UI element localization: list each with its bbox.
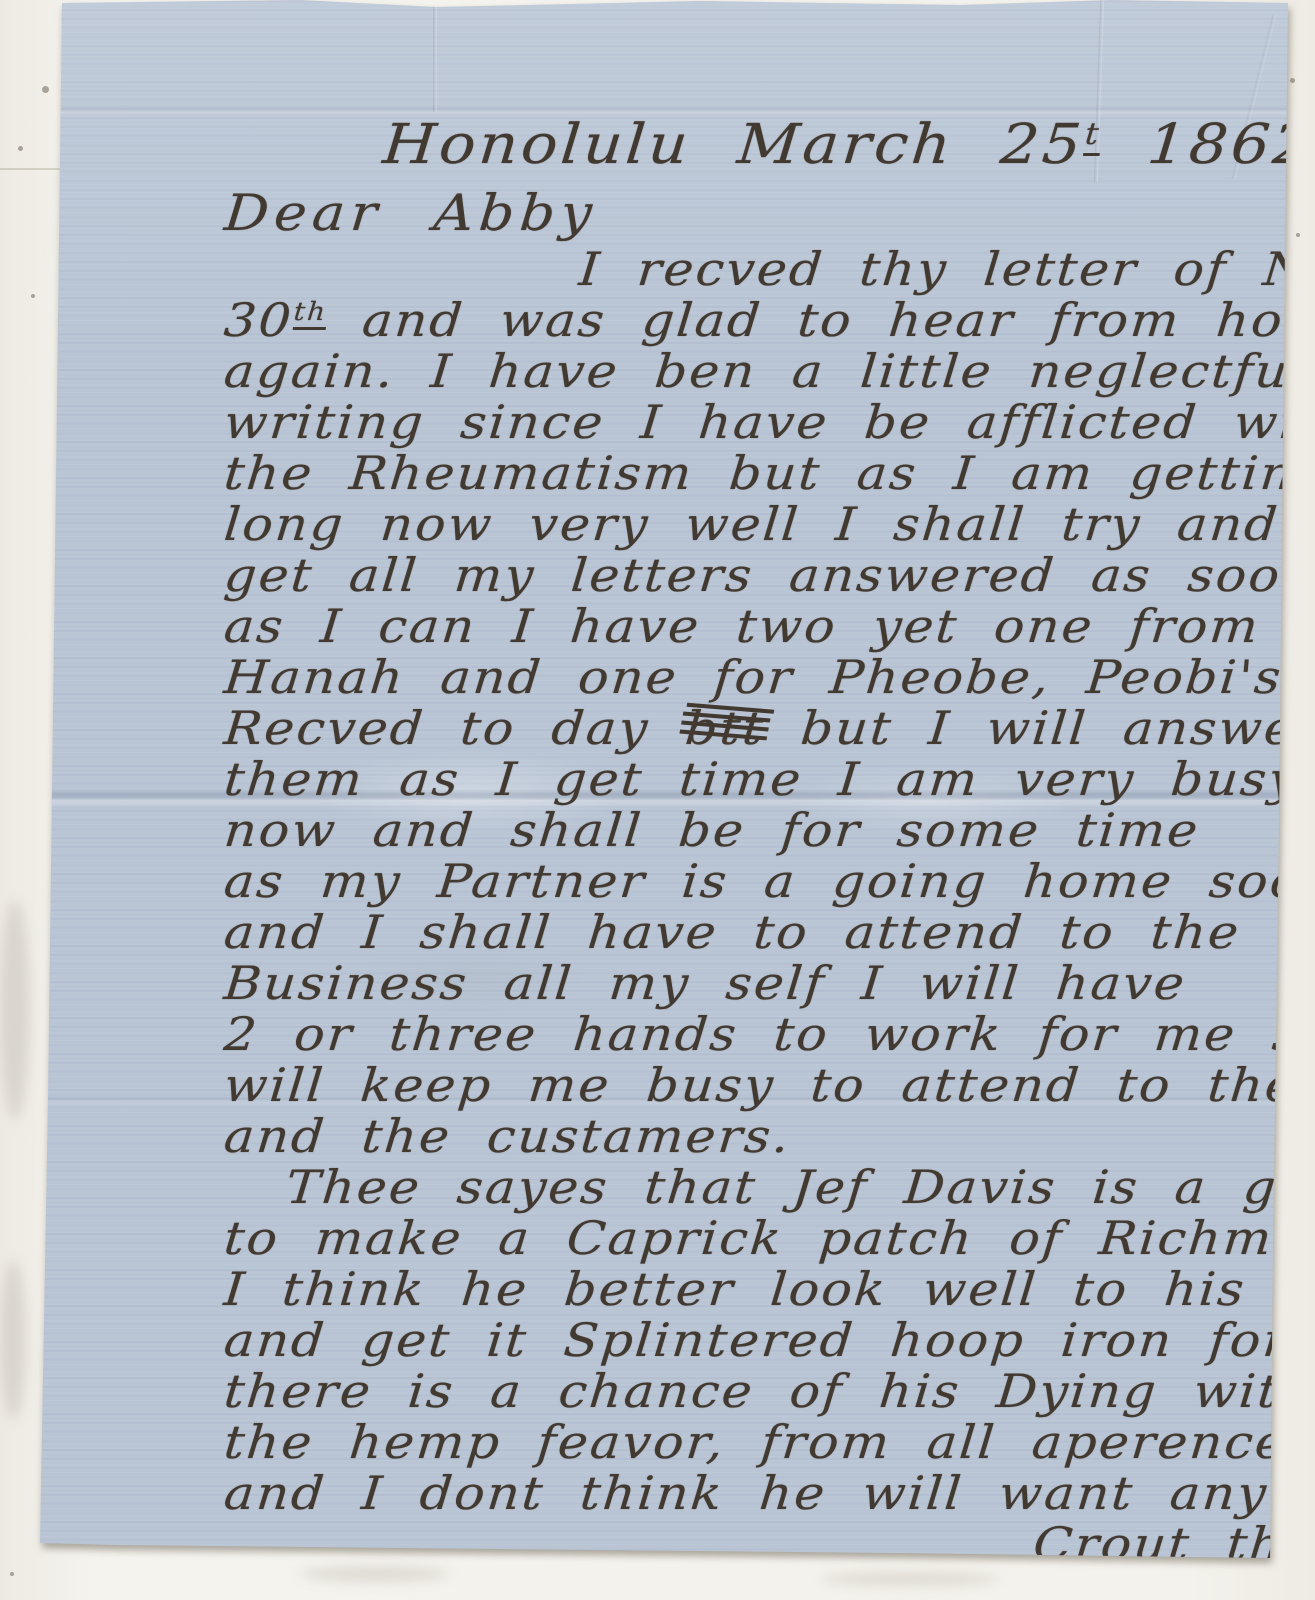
letter-line: 30th and was glad to hear from home [222,295,1315,346]
letter-line: long now very well I shall try and [222,499,1315,550]
letter-line: Thee sayes that Jef Davis is a going [284,1162,1315,1213]
line-fragment: 30 [222,293,296,347]
letter-line: Crout there [222,1519,1315,1570]
letter-line: as I can I have two yet one from [222,601,1315,652]
letter-line: Dear Abby [222,182,1315,244]
letter-line: Hanah and one for Pheobe, Peobi's I [222,652,1315,703]
letter-line: Business all my self I will have [222,958,1315,1009]
letter-line: I think he better look well to his neck [222,1264,1315,1315]
letter-line: now and shall be for some time [222,805,1315,856]
letter-text: Honolulu March 25t 1862Dear AbbyI recved… [222,106,1282,1570]
letter-line: will keep me busy to attend to them [222,1060,1315,1111]
scanner-background: Honolulu March 25t 1862Dear AbbyI recved… [0,0,1315,1600]
letter-line: Honolulu March 25t 1862 [380,106,1315,182]
paper-shadow-wrap: Honolulu March 25t 1862Dear AbbyI recved… [0,0,1315,1600]
letter-line: and get it Splintered hoop iron for [222,1315,1315,1366]
letter-line: the hemp feavor, from all aperences [222,1417,1315,1468]
letter-line: the Rheumatism but as I am getting a [222,448,1315,499]
line-fragment: Recved to day [222,701,688,755]
letter-line: them as I get time I am very busy [222,754,1315,805]
letter-line: Recved to day btt but I will answer [222,703,1315,754]
struck-word: btt [683,701,767,755]
letter-line: writing since I have be afflicted with [222,397,1315,448]
letter-line: again. I have ben a little neglectful of [222,346,1315,397]
superscript-fragment: th [292,297,328,330]
letter-line: I recved thy letter of Nov [577,244,1315,295]
letter-line: to make a Caprick patch of Richmond [222,1213,1315,1264]
letter-line: get all my letters answered as soon [222,550,1315,601]
letter-line: 2 or three hands to work for me so it [222,1009,1315,1060]
line-fragment: and was glad to hear from home [324,293,1315,347]
vertical-crease [433,0,437,112]
letter-line: and the custamers. [222,1111,1315,1162]
letter-line: as my Partner is a going home soon [222,856,1315,907]
letter-page: Honolulu March 25t 1862Dear AbbyI recved… [0,0,1315,1600]
line-fragment: 1862 [1098,112,1315,176]
letter-line: and I dont think he will want any [222,1468,1315,1519]
letter-line: and I shall have to attend to the [222,907,1315,958]
line-fragment: but I will answer [763,701,1315,755]
letter-line: there is a chance of his Dying with [222,1366,1315,1417]
line-fragment: Honolulu March 25 [381,112,1088,176]
